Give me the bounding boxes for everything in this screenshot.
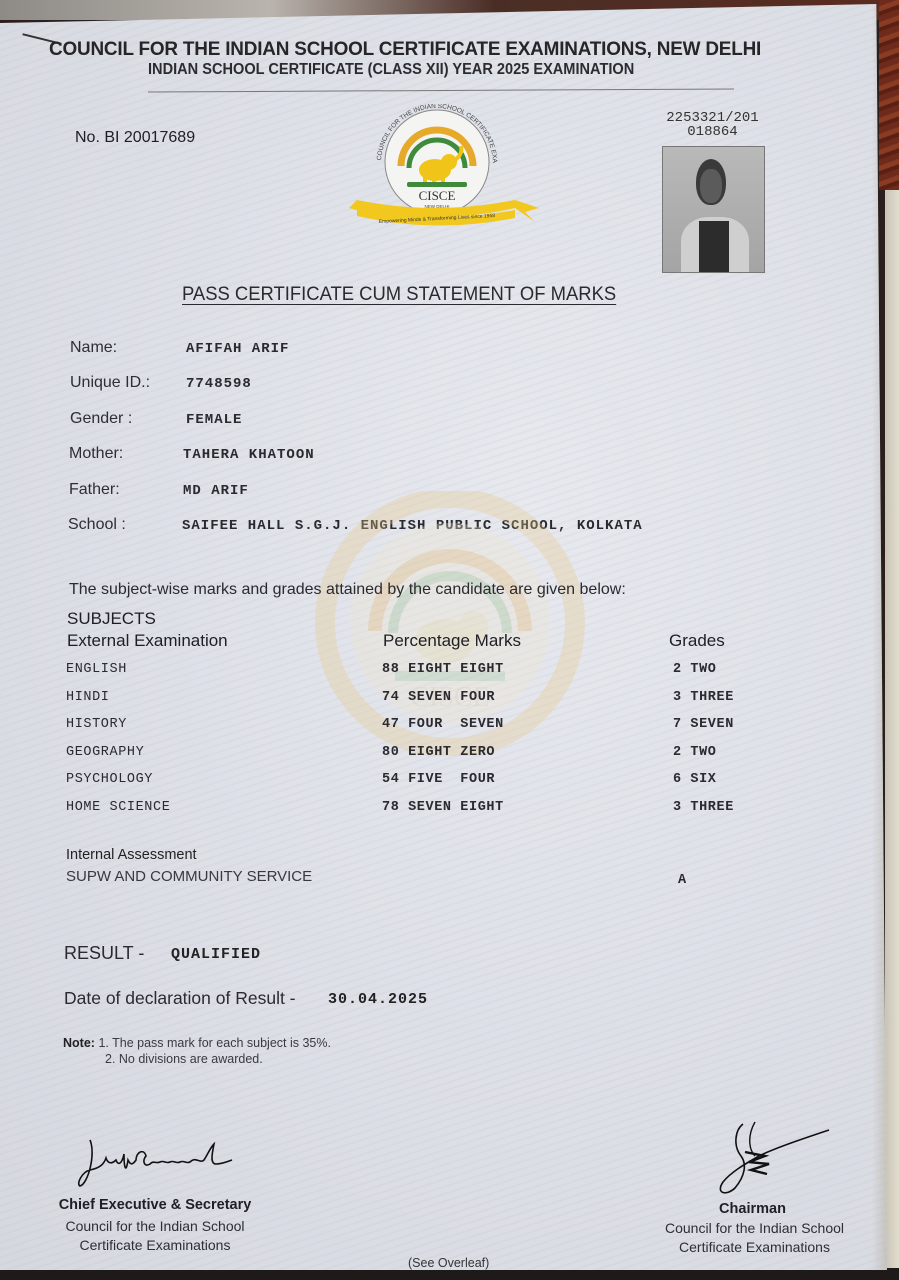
exam-heading: INDIAN SCHOOL CERTIFICATE (CLASS XII) YE… bbox=[148, 61, 634, 79]
internal-assessment-subject: SUPW AND COMMUNITY SERVICE bbox=[66, 868, 312, 885]
note-item-2: 2. No divisions are awarded. bbox=[63, 1051, 331, 1067]
grade-cell: 2 TWO bbox=[673, 662, 717, 677]
certificate-paper: COUNCIL FOR THE INDIAN SCHOOL CERTIFICAT… bbox=[0, 4, 887, 1270]
gender-label: Gender : bbox=[70, 410, 132, 428]
note-item-1: 1. The pass mark for each subject is 35%… bbox=[98, 1036, 331, 1050]
document-title: PASS CERTIFICATE CUM STATEMENT OF MARKS bbox=[182, 284, 616, 306]
serial-line-1: 2253321/201 bbox=[640, 111, 785, 125]
grade-cell: 6 SIX bbox=[673, 772, 717, 787]
col-header-marks: Percentage Marks bbox=[383, 631, 521, 651]
col-header-subject: External Examination bbox=[67, 631, 228, 651]
subject-cell: PSYCHOLOGY bbox=[66, 772, 153, 787]
note-label: Note: bbox=[63, 1036, 95, 1050]
svg-text:CISCE: CISCE bbox=[419, 188, 456, 203]
father-label: Father: bbox=[69, 481, 120, 499]
mother-label: Mother: bbox=[69, 445, 123, 463]
declaration-date-value: 30.04.2025 bbox=[328, 991, 428, 1008]
chief-executive-org-line-1: Council for the Indian School bbox=[40, 1217, 270, 1236]
school-label: School : bbox=[68, 516, 126, 534]
marks-cell: 80 EIGHT ZERO bbox=[382, 745, 495, 760]
chairman-org-line-2: Certificate Examinations bbox=[642, 1238, 867, 1257]
name-label: Name: bbox=[70, 339, 117, 357]
grade-cell: 3 THREE bbox=[673, 690, 734, 705]
chief-executive-org-line-2: Certificate Examinations bbox=[40, 1236, 270, 1255]
declaration-date-label: Date of declaration of Result - bbox=[64, 988, 296, 1009]
subject-cell: GEOGRAPHY bbox=[66, 745, 144, 760]
result-value: QUALIFIED bbox=[171, 946, 261, 963]
col-header-grades: Grades bbox=[669, 631, 725, 651]
chief-executive-org: Council for the Indian School Certificat… bbox=[40, 1217, 270, 1255]
chairman-org-line-1: Council for the Indian School bbox=[642, 1219, 867, 1238]
chairman-title: Chairman bbox=[640, 1201, 865, 1217]
marks-cell: 88 EIGHT EIGHT bbox=[382, 662, 504, 677]
internal-assessment-heading: Internal Assessment bbox=[66, 847, 197, 863]
unique-id-value: 7748598 bbox=[186, 376, 252, 392]
name-value: AFIFAH ARIF bbox=[186, 341, 289, 357]
chief-executive-title: Chief Executive & Secretary bbox=[40, 1197, 270, 1213]
heading-underline bbox=[148, 88, 734, 92]
marks-cell: 54 FIVE FOUR bbox=[382, 772, 495, 787]
see-overleaf: (See Overleaf) bbox=[408, 1256, 489, 1270]
subject-cell: ENGLISH bbox=[66, 662, 127, 677]
subject-cell: HINDI bbox=[66, 690, 110, 705]
marks-intro: The subject-wise marks and grades attain… bbox=[69, 581, 626, 599]
subject-cell: HOME SCIENCE bbox=[66, 800, 170, 815]
result-label: RESULT - bbox=[64, 943, 144, 964]
certificate-number: No. BI 20017689 bbox=[75, 129, 195, 147]
council-heading: COUNCIL FOR THE INDIAN SCHOOL CERTIFICAT… bbox=[49, 38, 761, 61]
marks-cell: 78 SEVEN EIGHT bbox=[382, 800, 504, 815]
background-page-stack bbox=[885, 190, 899, 1280]
marks-cell: 74 SEVEN FOUR bbox=[382, 690, 495, 705]
grade-cell: 2 TWO bbox=[673, 745, 717, 760]
subjects-heading: SUBJECTS bbox=[67, 609, 156, 629]
serial-number: 2253321/201 018864 bbox=[640, 111, 785, 139]
subject-cell: HISTORY bbox=[66, 717, 127, 732]
serial-line-2: 018864 bbox=[640, 125, 785, 139]
candidate-photo bbox=[662, 146, 765, 273]
school-value: SAIFEE HALL S.G.J. ENGLISH PUBLIC SCHOOL… bbox=[182, 518, 643, 534]
father-value: MD ARIF bbox=[183, 483, 249, 499]
internal-assessment-grade: A bbox=[678, 873, 686, 888]
grade-cell: 7 SEVEN bbox=[673, 717, 734, 732]
grade-cell: 3 THREE bbox=[673, 800, 734, 815]
unique-id-label: Unique ID.: bbox=[70, 374, 150, 392]
marks-cell: 47 FOUR SEVEN bbox=[382, 717, 504, 732]
notes: Note: 1. The pass mark for each subject … bbox=[63, 1035, 331, 1067]
chairman-org: Council for the Indian School Certificat… bbox=[642, 1219, 867, 1257]
cisce-logo-icon: COUNCIL FOR THE INDIAN SCHOOL CERTIFICAT… bbox=[335, 104, 545, 239]
gender-value: FEMALE bbox=[186, 412, 242, 428]
chief-executive-signature-icon bbox=[76, 1134, 236, 1194]
background-fabric bbox=[879, 0, 899, 190]
chairman-signature-icon bbox=[705, 1116, 835, 1200]
mother-value: TAHERA KHATOON bbox=[183, 447, 315, 463]
